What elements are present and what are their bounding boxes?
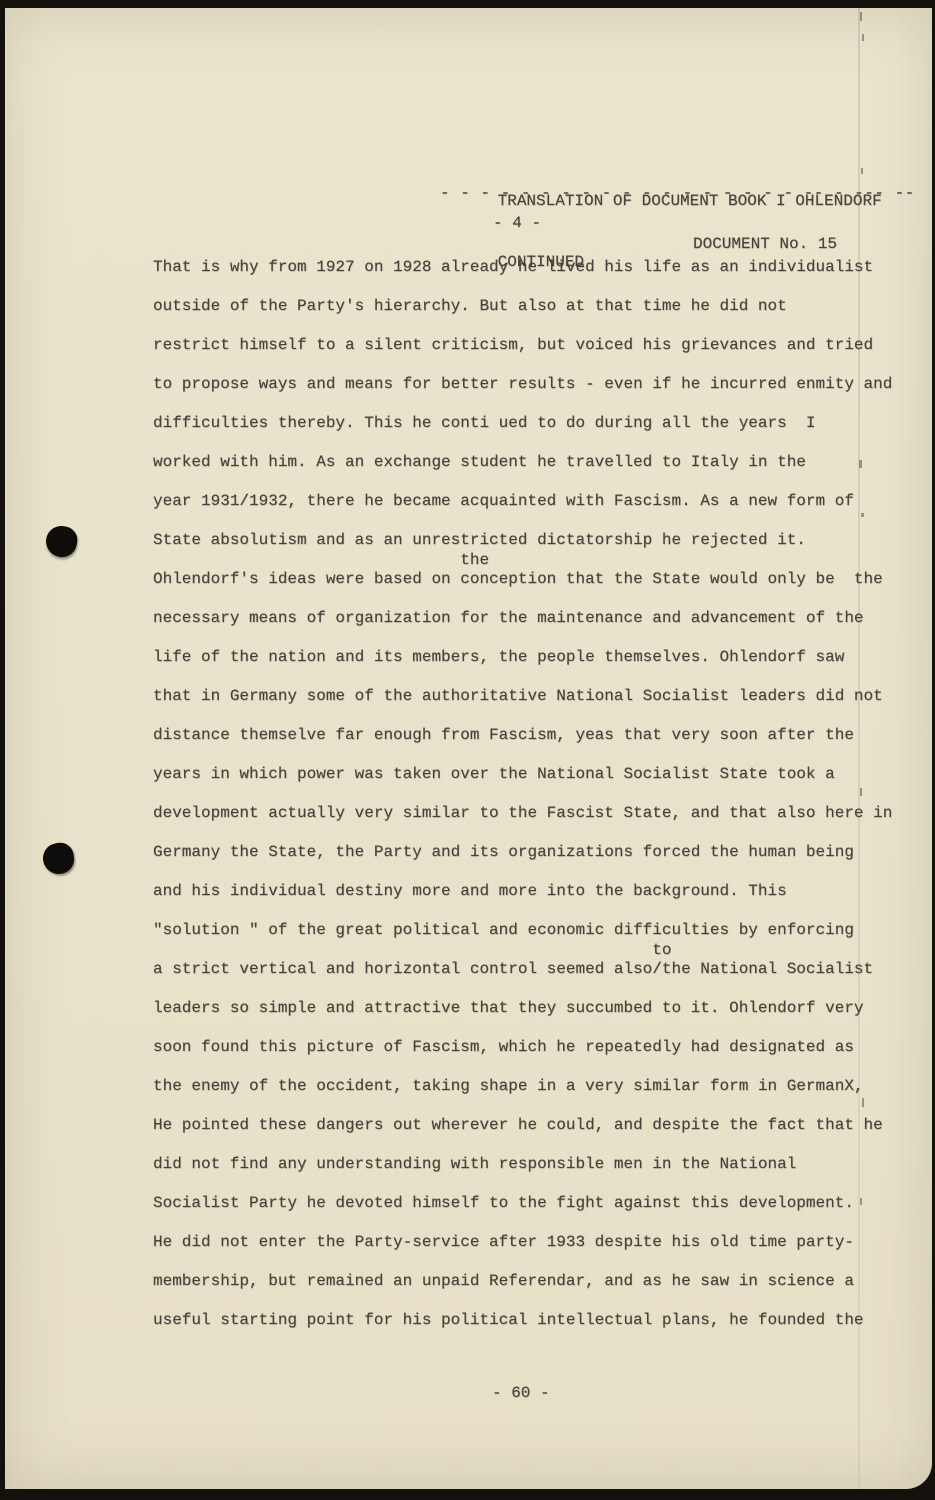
text-line: membership, but remained an unpaid Refer…	[153, 1272, 933, 1311]
stray-mark	[862, 34, 864, 41]
text-line: State absolutism and as an unrestricted …	[153, 531, 933, 570]
dashed-rule: - - - - - - - - - - - - - - - - - - -- -…	[440, 184, 915, 202]
paper-sheet: TRANSLATION OF DOCUMENT BOOK I OHLENDORF…	[5, 8, 932, 1489]
text-line: development actually very similar to the…	[153, 804, 933, 843]
scanned-document-page: { "page": { "header": { "title_line": "T…	[0, 0, 935, 1500]
text-line: He did not enter the Party-service after…	[153, 1233, 933, 1272]
text-line: distance themselve far enough from Fasci…	[153, 726, 933, 765]
text-line: useful starting point for his political …	[153, 1311, 933, 1350]
hole-punch	[41, 841, 76, 876]
text-line: year 1931/1932, there he became acquaint…	[153, 492, 933, 531]
text-line: that in Germany some of the authoritativ…	[153, 687, 933, 726]
document-body: That is why from 1927 on 1928 already he…	[153, 258, 933, 1350]
text-line: and his individual destiny more and more…	[153, 882, 933, 921]
text-line: life of the nation and its members, the …	[153, 648, 933, 687]
text-line: worked with him. As an exchange student …	[153, 453, 933, 492]
page-number-top: - 4 -	[493, 214, 541, 232]
text-line: a strict vertical and horizontal control…	[153, 960, 933, 999]
text-line: leaders so simple and attractive that th…	[153, 999, 933, 1038]
text-line: Germany the State, the Party and its org…	[153, 843, 933, 882]
text-line: outside of the Party's hierarchy. But al…	[153, 297, 933, 336]
text-line: "solution " of the great political and e…	[153, 921, 933, 960]
inserted-word: the	[460, 551, 489, 569]
text-line: the enemy of the occident, taking shape …	[153, 1077, 933, 1116]
text-line: soon found this picture of Fascism, whic…	[153, 1038, 933, 1077]
text-line: did not find any understanding with resp…	[153, 1155, 933, 1194]
stray-mark	[861, 168, 863, 174]
document-number: DOCUMENT No. 15	[693, 235, 837, 253]
hole-punch	[43, 523, 80, 560]
text-line: Socialist Party he devoted himself to th…	[153, 1194, 933, 1233]
text-line: He pointed these dangers out wherever he…	[153, 1116, 933, 1155]
text-line: to propose ways and means for better res…	[153, 375, 933, 414]
text-line: years in which power was taken over the …	[153, 765, 933, 804]
inserted-word: to	[652, 941, 671, 959]
stray-mark	[860, 12, 862, 21]
text-line: necessary means of organization for the …	[153, 609, 933, 648]
text-line: difficulties thereby. This he conti ued …	[153, 414, 933, 453]
text-line: That is why from 1927 on 1928 already he…	[153, 258, 933, 297]
page-number-bottom: - 60 -	[492, 1384, 550, 1402]
text-line: restrict himself to a silent criticism, …	[153, 336, 933, 375]
text-line: Ohlendorf's ideas were based on concepti…	[153, 570, 933, 609]
header-subtitle-row: CONTINUED DOCUMENT No. 15	[440, 235, 860, 260]
